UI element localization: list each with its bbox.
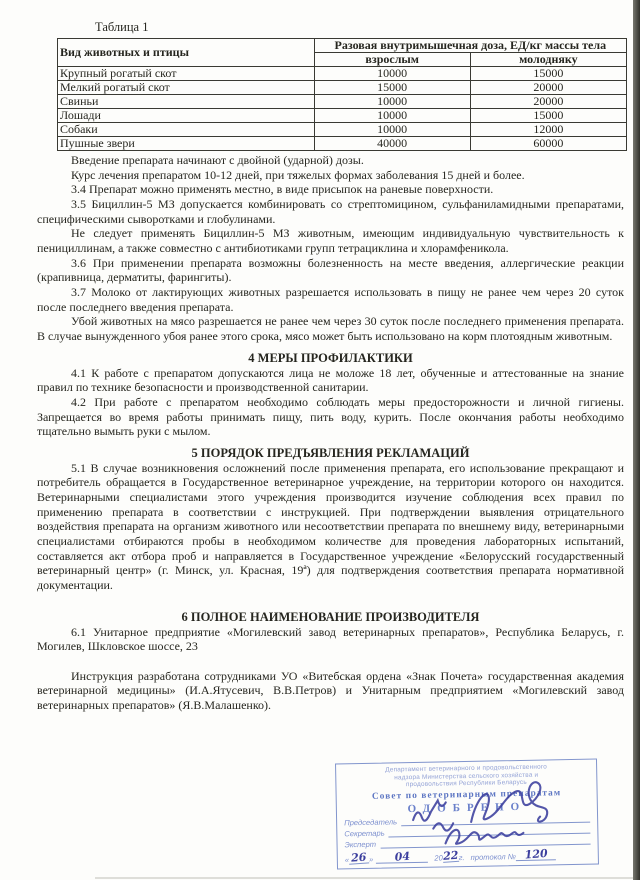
animal-cell: Крупный рогатый скот	[58, 67, 315, 81]
handwritten-day: 26	[349, 852, 370, 864]
table-caption: Таблица 1	[95, 20, 624, 35]
handwritten-protocol-line: 120	[516, 849, 556, 861]
table-row: Крупный рогатый скот 10000 15000	[58, 67, 627, 81]
adult-dose-cell: 10000	[314, 67, 470, 81]
paragraph: 3.7 Молоко от лактирующих животных разре…	[37, 285, 624, 314]
protocol-label: протокол №	[471, 852, 517, 862]
column-header-adult: взрослым	[314, 53, 470, 67]
section-heading-5: 5 ПОРЯДОК ПРЕДЪЯВЛЕНИЯ РЕКЛАМАЦИЙ	[37, 446, 624, 461]
paragraph: Введение препарата начинают с двойной (у…	[37, 153, 624, 168]
quote-close: »	[369, 855, 373, 864]
column-header-dose: Разовая внутримышечная доза, ЕД/кг массы…	[314, 39, 626, 53]
paragraph: 4.1 К работе с препаратом допускаются ли…	[37, 366, 624, 395]
table-row: Мелкий рогатый скот 15000 20000	[58, 81, 627, 95]
paragraph: 5.1 В случае возникновения осложнений по…	[37, 461, 624, 593]
adult-dose-cell: 10000	[314, 109, 470, 123]
year-suffix: г.	[459, 853, 465, 862]
paragraph: 3.4 Препарат можно применять местно, в в…	[37, 182, 624, 197]
paragraph: 3.6 При применении препарата возможны бо…	[37, 256, 624, 285]
blank-line	[37, 654, 624, 669]
section-heading-6: 6 ПОЛНОЕ НАИМЕНОВАНИЕ ПРОИЗВОДИТЕЛЯ	[37, 610, 624, 625]
handwritten-month: 04	[394, 851, 410, 862]
paragraph: Инструкция разработана сотрудниками УО «…	[37, 669, 624, 713]
stamp-role-label: Председатель	[344, 817, 397, 827]
table-row: Свиньи 10000 20000	[58, 95, 627, 109]
body-text: Введение препарата начинают с двойной (у…	[37, 153, 624, 713]
scan-edge-shadow	[633, 0, 640, 880]
document-body: Таблица 1 Вид животных и птицы Разовая в…	[0, 0, 640, 713]
table-header-row: Вид животных и птицы Разовая внутримышеч…	[58, 39, 627, 53]
stamp-role-label: Секретарь	[344, 828, 385, 838]
paragraph: 6.1 Унитарное предприятие «Могилевский з…	[37, 625, 624, 654]
young-dose-cell: 15000	[470, 109, 626, 123]
dose-table: Вид животных и птицы Разовая внутримышеч…	[57, 38, 627, 151]
animal-cell: Лошади	[58, 109, 315, 123]
young-dose-cell: 20000	[470, 95, 626, 109]
table-row: Лошади 10000 15000	[58, 109, 627, 123]
paragraph: Не следует применять Бициллин-5 МЗ живот…	[37, 226, 624, 255]
handwritten-month-line: 04	[376, 852, 428, 864]
animal-cell: Собаки	[58, 123, 315, 137]
handwritten-protocol-number: 120	[524, 849, 548, 861]
column-header-young: молодняку	[470, 53, 626, 67]
young-dose-cell: 60000	[470, 137, 626, 151]
adult-dose-cell: 15000	[314, 81, 470, 95]
animal-cell: Пушные звери	[58, 137, 315, 151]
young-dose-cell: 15000	[470, 67, 626, 81]
paragraph: 4.2 При работе с препаратом необходимо с…	[37, 395, 624, 439]
stamp-department-text: Департамент ветеринарного и продовольств…	[343, 763, 589, 790]
year-prefix: 20	[434, 853, 443, 862]
table-row: Собаки 10000 12000	[58, 123, 627, 137]
adult-dose-cell: 40000	[314, 137, 470, 151]
paragraph: Курс лечения препаратом 10-12 дней, при …	[37, 168, 624, 183]
young-dose-cell: 12000	[470, 123, 626, 137]
scanned-document-page: Таблица 1 Вид животных и птицы Разовая в…	[0, 0, 640, 880]
paragraph: 3.5 Бициллин-5 МЗ допускается комбиниров…	[37, 197, 624, 226]
approval-stamp: Департамент ветеринарного и продовольств…	[335, 758, 599, 869]
animal-cell: Мелкий рогатый скот	[58, 81, 315, 95]
scan-bottom-shadow	[95, 877, 633, 879]
young-dose-cell: 20000	[470, 81, 626, 95]
handwritten-year: 22	[442, 851, 459, 863]
adult-dose-cell: 10000	[314, 123, 470, 137]
stamp-role-label: Эксперт	[344, 840, 376, 850]
animal-cell: Свиньи	[58, 95, 315, 109]
table-row: Пушные звери 40000 60000	[58, 137, 627, 151]
adult-dose-cell: 10000	[314, 95, 470, 109]
section-heading-4: 4 МЕРЫ ПРОФИЛАКТИКИ	[37, 351, 624, 366]
column-header-animal: Вид животных и птицы	[58, 39, 315, 67]
paragraph: Убой животных на мясо разрешается не ран…	[37, 314, 624, 343]
